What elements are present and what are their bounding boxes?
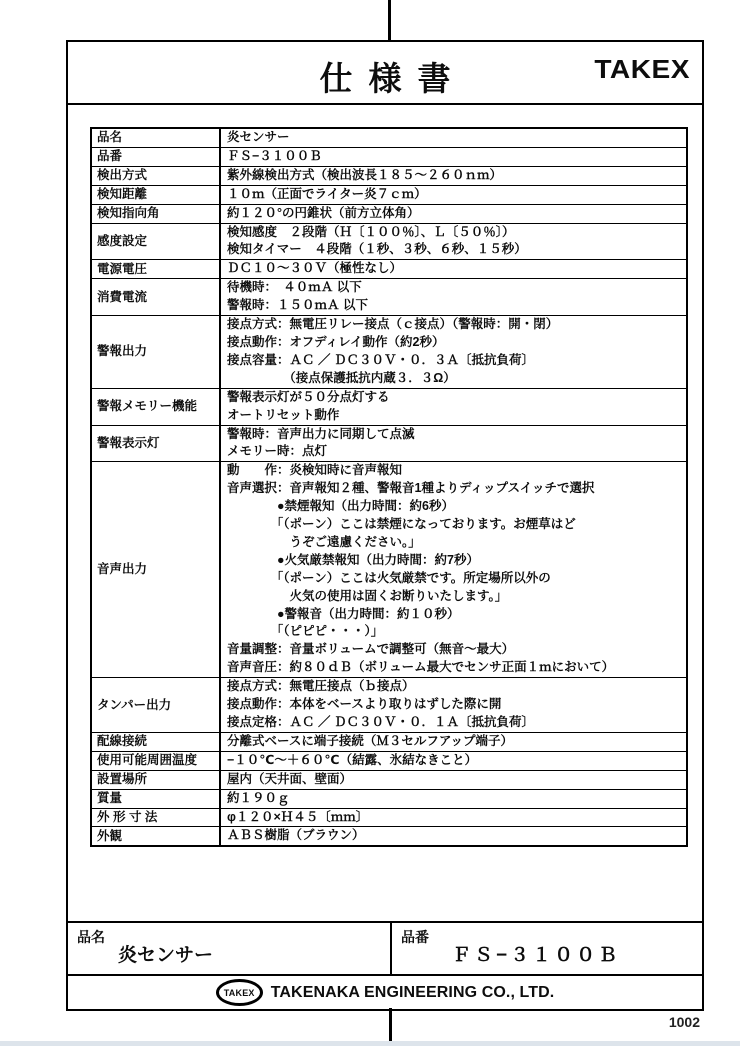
spec-label: 設置場所 [92, 771, 221, 789]
spec-label: 検知距離 [92, 186, 221, 204]
spec-value: 警報時：音声出力に同期して点滅 メモリー時：点灯 [221, 426, 686, 462]
table-row: 配線接続分離式ベースに端子接続（Ｍ３セルフアップ端子） [92, 732, 686, 751]
table-row: 警報メモリー機能警報表示灯が５０分点灯する オートリセット動作 [92, 388, 686, 425]
spec-label: 警報出力 [92, 316, 221, 388]
spec-label: 品番 [92, 148, 221, 166]
spec-value: 接点方式：無電圧接点（ｂ接点） 接点動作：本体をベースより取りはずした際に開 接… [221, 678, 686, 732]
takex-oval-logo-text: TAKEX [224, 988, 255, 998]
table-row: 設置場所屋内（天井面、壁面） [92, 770, 686, 789]
table-row: 品番ＦＳ−３１００Ｂ [92, 147, 686, 166]
table-row: タンパー出力接点方式：無電圧接点（ｂ接点） 接点動作：本体をベースより取りはずし… [92, 677, 686, 732]
table-row: 音声出力動 作：炎検知時に音声報知 音声選択：音声報知２種、警報音1種よりディッ… [92, 461, 686, 677]
spec-sheet-page: 仕様書 TAKEX 品名炎センサー品番ＦＳ−３１００Ｂ検出方式紫外線検出方式（検… [0, 0, 740, 1046]
spec-label: 消費電流 [92, 279, 221, 315]
spec-value: 検知感度 ２段階（Ｈ〔１００％〕、Ｌ〔５０％〕） 検知タイマー ４段階（１秒、３… [221, 224, 686, 260]
spec-value: 待機時： ４０ｍＡ 以下 警報時：１５０ｍＡ 以下 [221, 279, 686, 315]
spec-value: 接点方式：無電圧リレー接点（ｃ接点）（警報時：開・閉） 接点動作：オフディレイ動… [221, 316, 686, 388]
takex-wordmark: TAKEX [594, 55, 690, 85]
spec-value: −１０℃〜＋６０℃（結露、氷結なきこと） [221, 752, 686, 770]
spec-value: 約１９０ｇ [221, 790, 686, 808]
spec-value: 炎センサー [221, 129, 686, 147]
spec-label: 品名 [92, 129, 221, 147]
table-row: 使用可能周囲温度−１０℃〜＋６０℃（結露、氷結なきこと） [92, 751, 686, 770]
footer-id-table: 品名 炎センサー 品番 ＦＳ−３１００Ｂ [68, 921, 702, 974]
spec-value: ＡＢＳ樹脂（ブラウン） [221, 827, 686, 845]
spec-value: ＤＣ１０〜３０Ｖ（極性なし） [221, 260, 686, 278]
spec-label: 検知指向角 [92, 205, 221, 223]
spec-value: 紫外線検出方式（検出波長１８５〜２６０ｎｍ） [221, 167, 686, 185]
table-row: 警報出力接点方式：無電圧リレー接点（ｃ接点）（警報時：開・閉） 接点動作：オフデ… [92, 315, 686, 388]
footer-number-value: ＦＳ−３１００Ｂ [452, 940, 620, 967]
table-row: 感度設定検知感度 ２段階（Ｈ〔１００％〕、Ｌ〔５０％〕） 検知タイマー ４段階（… [92, 223, 686, 260]
spec-label: 外観 [92, 827, 221, 845]
spec-value: 動 作：炎検知時に音声報知 音声選択：音声報知２種、警報音1種よりディップスイッ… [221, 462, 686, 677]
table-row: 質量約１９０ｇ [92, 789, 686, 808]
spec-value: １０ｍ（正面でライター炎７ｃｍ） [221, 186, 686, 204]
registration-mark-top [388, 0, 391, 41]
table-row: 検知指向角約１２０°の円錐状（前方立体角） [92, 204, 686, 223]
spec-label: 検出方式 [92, 167, 221, 185]
spec-label: 質量 [92, 790, 221, 808]
document-header: 仕様書 TAKEX [68, 42, 702, 105]
table-row: 電源電圧ＤＣ１０〜３０Ｖ（極性なし） [92, 259, 686, 278]
spec-value: 警報表示灯が５０分点灯する オートリセット動作 [221, 389, 686, 425]
spec-table: 品名炎センサー品番ＦＳ−３１００Ｂ検出方式紫外線検出方式（検出波長１８５〜２６０… [90, 127, 688, 847]
footer-name-label: 品名 [77, 927, 105, 947]
spec-label: 音声出力 [92, 462, 221, 677]
spec-value: φ１２０×Ｈ４５〔ｍｍ〕 [221, 809, 686, 827]
spec-value: 分離式ベースに端子接続（Ｍ３セルフアップ端子） [221, 733, 686, 751]
table-row: 外 形 寸 法φ１２０×Ｈ４５〔ｍｍ〕 [92, 808, 686, 827]
table-row: 品名炎センサー [92, 129, 686, 147]
footer-product-number-cell: 品番 ＦＳ−３１００Ｂ [392, 923, 702, 974]
table-row: 消費電流待機時： ４０ｍＡ 以下 警報時：１５０ｍＡ 以下 [92, 278, 686, 315]
spec-label: 警報表示灯 [92, 426, 221, 462]
takex-oval-logo-icon: TAKEX [216, 979, 263, 1006]
spec-label: 使用可能周囲温度 [92, 752, 221, 770]
spec-label: タンパー出力 [92, 678, 221, 732]
spec-value: 約１２０°の円錐状（前方立体角） [221, 205, 686, 223]
spec-label: 警報メモリー機能 [92, 389, 221, 425]
table-row: 検出方式紫外線検出方式（検出波長１８５〜２６０ｎｍ） [92, 166, 686, 185]
spec-label: 配線接続 [92, 733, 221, 751]
company-name: TAKENAKA ENGINEERING CO., LTD. [271, 984, 555, 1002]
footer-name-value: 炎センサー [118, 940, 213, 967]
table-row: 外観ＡＢＳ樹脂（ブラウン） [92, 826, 686, 845]
spec-value: 屋内（天井面、壁面） [221, 771, 686, 789]
spec-label: 外 形 寸 法 [92, 809, 221, 827]
document-frame: 仕様書 TAKEX 品名炎センサー品番ＦＳ−３１００Ｂ検出方式紫外線検出方式（検… [66, 40, 704, 1011]
table-row: 検知距離１０ｍ（正面でライター炎７ｃｍ） [92, 185, 686, 204]
spec-value: ＦＳ−３１００Ｂ [221, 148, 686, 166]
spec-label: 感度設定 [92, 224, 221, 260]
scan-edge [0, 1041, 740, 1046]
table-row: 警報表示灯警報時：音声出力に同期して点滅 メモリー時：点灯 [92, 425, 686, 462]
page-number: 1002 [620, 1014, 700, 1030]
footer-product-name-cell: 品名 炎センサー [68, 923, 392, 974]
footer-number-label: 品番 [401, 927, 429, 947]
company-bar: TAKEX TAKENAKA ENGINEERING CO., LTD. [68, 974, 702, 1009]
spec-label: 電源電圧 [92, 260, 221, 278]
